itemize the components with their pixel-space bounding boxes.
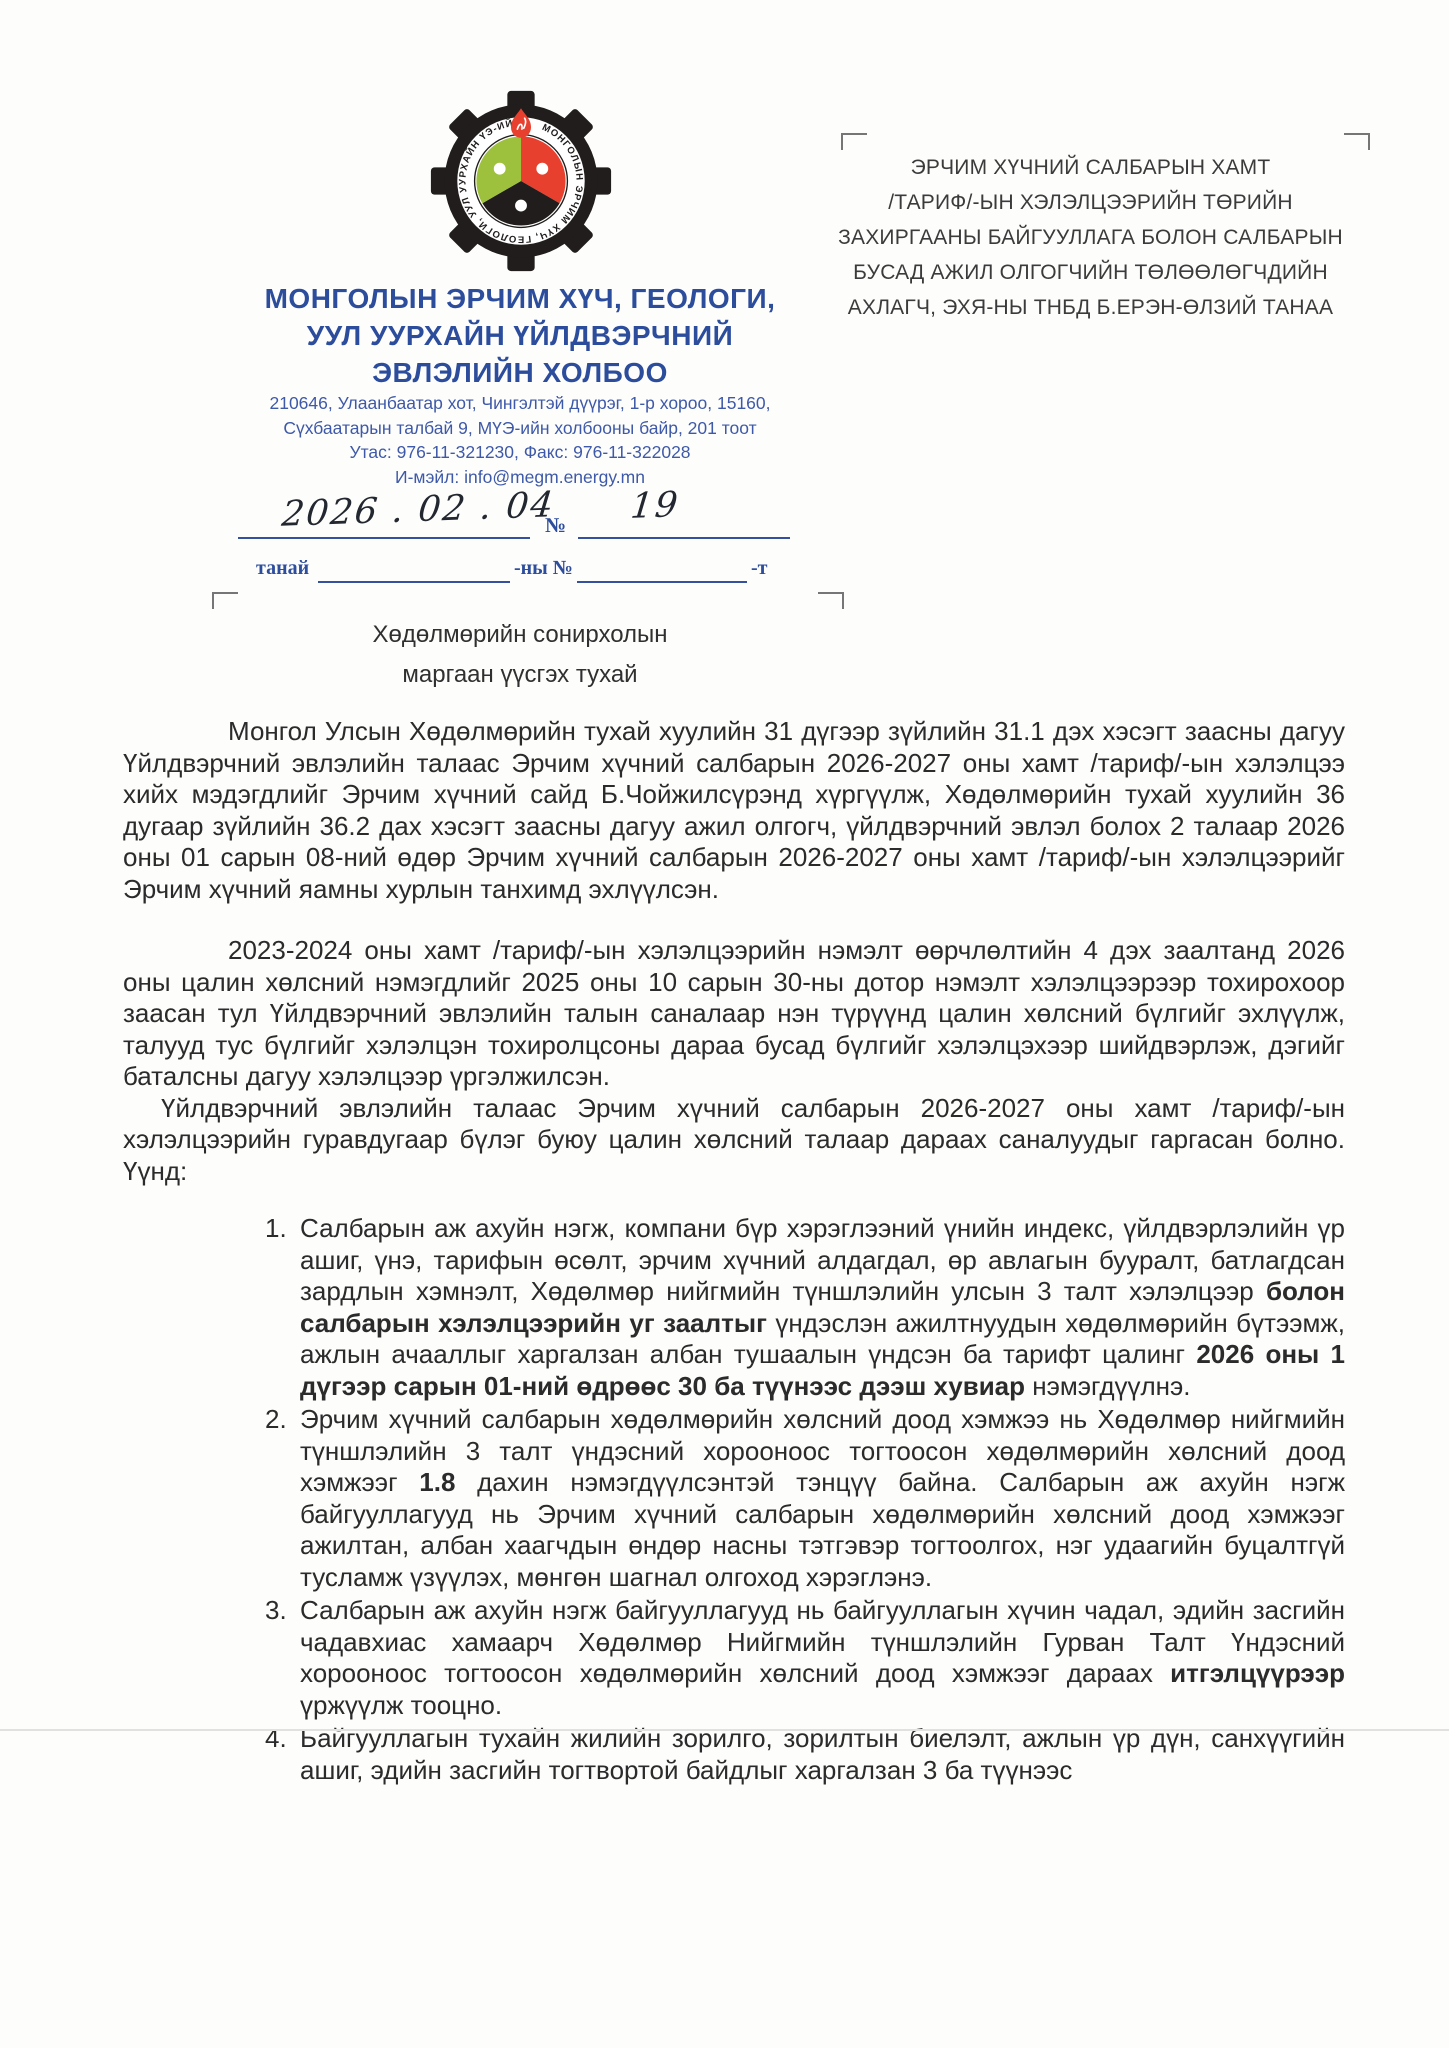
proposal-list: 1. Салбарын аж ахуйн нэгж, компани бүр х… [123, 1213, 1345, 1786]
list-item-3-number: 3. [265, 1595, 287, 1627]
list-item-3-bold-1: итгэлцүүрээр [1170, 1658, 1345, 1688]
address-line4: И-мэйл: info@megm.energy.mn [170, 465, 870, 490]
list-item-2-text-2: дахин нэмэгдүүлсэнтэй тэнцүү байна. Салб… [300, 1467, 1345, 1592]
recipient-line4: БУСАД АЖИЛ ОЛГОГЧИЙН ТӨЛӨӨЛӨГЧДИЙН [818, 255, 1363, 290]
handwritten-date: 2026 . 02 . 04 [280, 485, 557, 535]
recipient-line5: АХЛАГЧ, ЭХЯ-НЫ ТНБД Б.ЕРЭН-ӨЛЗИЙ ТАНАА [818, 290, 1363, 325]
subject-line2: маргаан үүсгэх тухай [250, 655, 790, 695]
union-gear-emblem-logo: МОНГОЛЫН ЭРЧИМ ХҮЧ, ГЕОЛОГИ, УУЛ УУРХАЙН… [430, 90, 612, 272]
doc-number-underline [578, 537, 790, 539]
your-ref-mid: -ны № [514, 557, 573, 580]
letter-body: Монгол Улсын Хөдөлмөрийн тухай хуулийн 3… [123, 716, 1345, 1788]
corner-mark-subject-left [212, 592, 238, 609]
corner-mark-recipient-right [1344, 133, 1370, 150]
org-name-line3: ЭВЛЭЛИЙН ХОЛБОО [170, 354, 870, 391]
list-item-1: 1. Салбарын аж ахуйн нэгж, компани бүр х… [123, 1213, 1345, 1402]
address-line1: 210646, Улаанбаатар хот, Чингэлтэй дүүрэ… [170, 391, 870, 416]
your-ref-underline-1 [318, 581, 510, 583]
date-underline [238, 537, 530, 539]
address-line2: Сүхбаатарын талбай 9, МҮЭ-ийн холбооны б… [170, 416, 870, 441]
address-line3: Утас: 976-11-321230, Факс: 976-11-322028 [170, 440, 870, 465]
scan-artifact-line [0, 1729, 1449, 1731]
list-item-1-text: Салбарын аж ахуйн нэгж, компани бүр хэрэ… [300, 1213, 1345, 1306]
your-ref-suffix: -т [751, 557, 767, 580]
paragraph-2: 2023-2024 оны хамт /тариф/-ын хэлэлцээри… [123, 935, 1345, 1093]
recipient-address-block: ЭРЧИМ ХҮЧНИЙ САЛБАРЫН ХАМТ /ТАРИФ/-ЫН ХЭ… [818, 150, 1363, 325]
paragraph-3: Үйлдвэрчний эвлэлийн талаас Эрчим хүчний… [123, 1093, 1345, 1188]
list-item-2-bold-1: 1.8 [419, 1467, 455, 1497]
org-name-line1: МОНГОЛЫН ЭРЧИМ ХҮЧ, ГЕОЛОГИ, [170, 280, 870, 317]
list-item-4: 4. Байгууллагын тухайн жилийн зорилго, з… [123, 1723, 1345, 1786]
doc-number-label: № [545, 513, 566, 538]
corner-mark-subject-right [818, 592, 844, 609]
list-item-1-text-3: нэмэгдүүлнэ. [1025, 1371, 1191, 1401]
list-item-1-number: 1. [265, 1213, 287, 1245]
list-item-4-text: Байгууллагын тухайн жилийн зорилго, зори… [300, 1723, 1345, 1785]
subject-block: Хөдөлмөрийн сонирхолын маргаан үүсгэх ту… [250, 615, 790, 695]
your-ref-prefix: танай [256, 557, 309, 580]
list-item-2: 2. Эрчим хүчний салбарын хөдөлмөрийн хөл… [123, 1404, 1345, 1593]
list-item-3-text-2: үржүүлж тооцно. [300, 1690, 502, 1720]
postal-address: 210646, Улаанбаатар хот, Чингэлтэй дүүрэ… [170, 391, 870, 489]
paragraph-1: Монгол Улсын Хөдөлмөрийн тухай хуулийн 3… [123, 716, 1345, 905]
subject-line1: Хөдөлмөрийн сонирхолын [250, 615, 790, 655]
scanned-letter-page: МОНГОЛЫН ЭРЧИМ ХҮЧ, ГЕОЛОГИ, УУЛ УУРХАЙН… [0, 0, 1449, 2048]
list-item-2-number: 2. [265, 1404, 287, 1436]
recipient-line2: /ТАРИФ/-ЫН ХЭЛЭЛЦЭЭРИЙН ТӨРИЙН [818, 185, 1363, 220]
your-ref-underline-2 [577, 581, 747, 583]
corner-mark-recipient-left [841, 133, 867, 150]
org-name: МОНГОЛЫН ЭРЧИМ ХҮЧ, ГЕОЛОГИ, УУЛ УУРХАЙН… [170, 280, 870, 391]
handwritten-doc-number: 19 [586, 484, 724, 529]
recipient-line3: ЗАХИРГААНЫ БАЙГУУЛЛАГА БОЛОН САЛБАРЫН [818, 220, 1363, 255]
org-name-line2: УУЛ УУРХАЙН ҮЙЛДВЭРЧНИЙ [170, 317, 870, 354]
list-item-4-number: 4. [265, 1723, 287, 1755]
list-item-3: 3. Салбарын аж ахуйн нэгж байгууллагууд … [123, 1595, 1345, 1721]
recipient-line1: ЭРЧИМ ХҮЧНИЙ САЛБАРЫН ХАМТ [818, 150, 1363, 185]
